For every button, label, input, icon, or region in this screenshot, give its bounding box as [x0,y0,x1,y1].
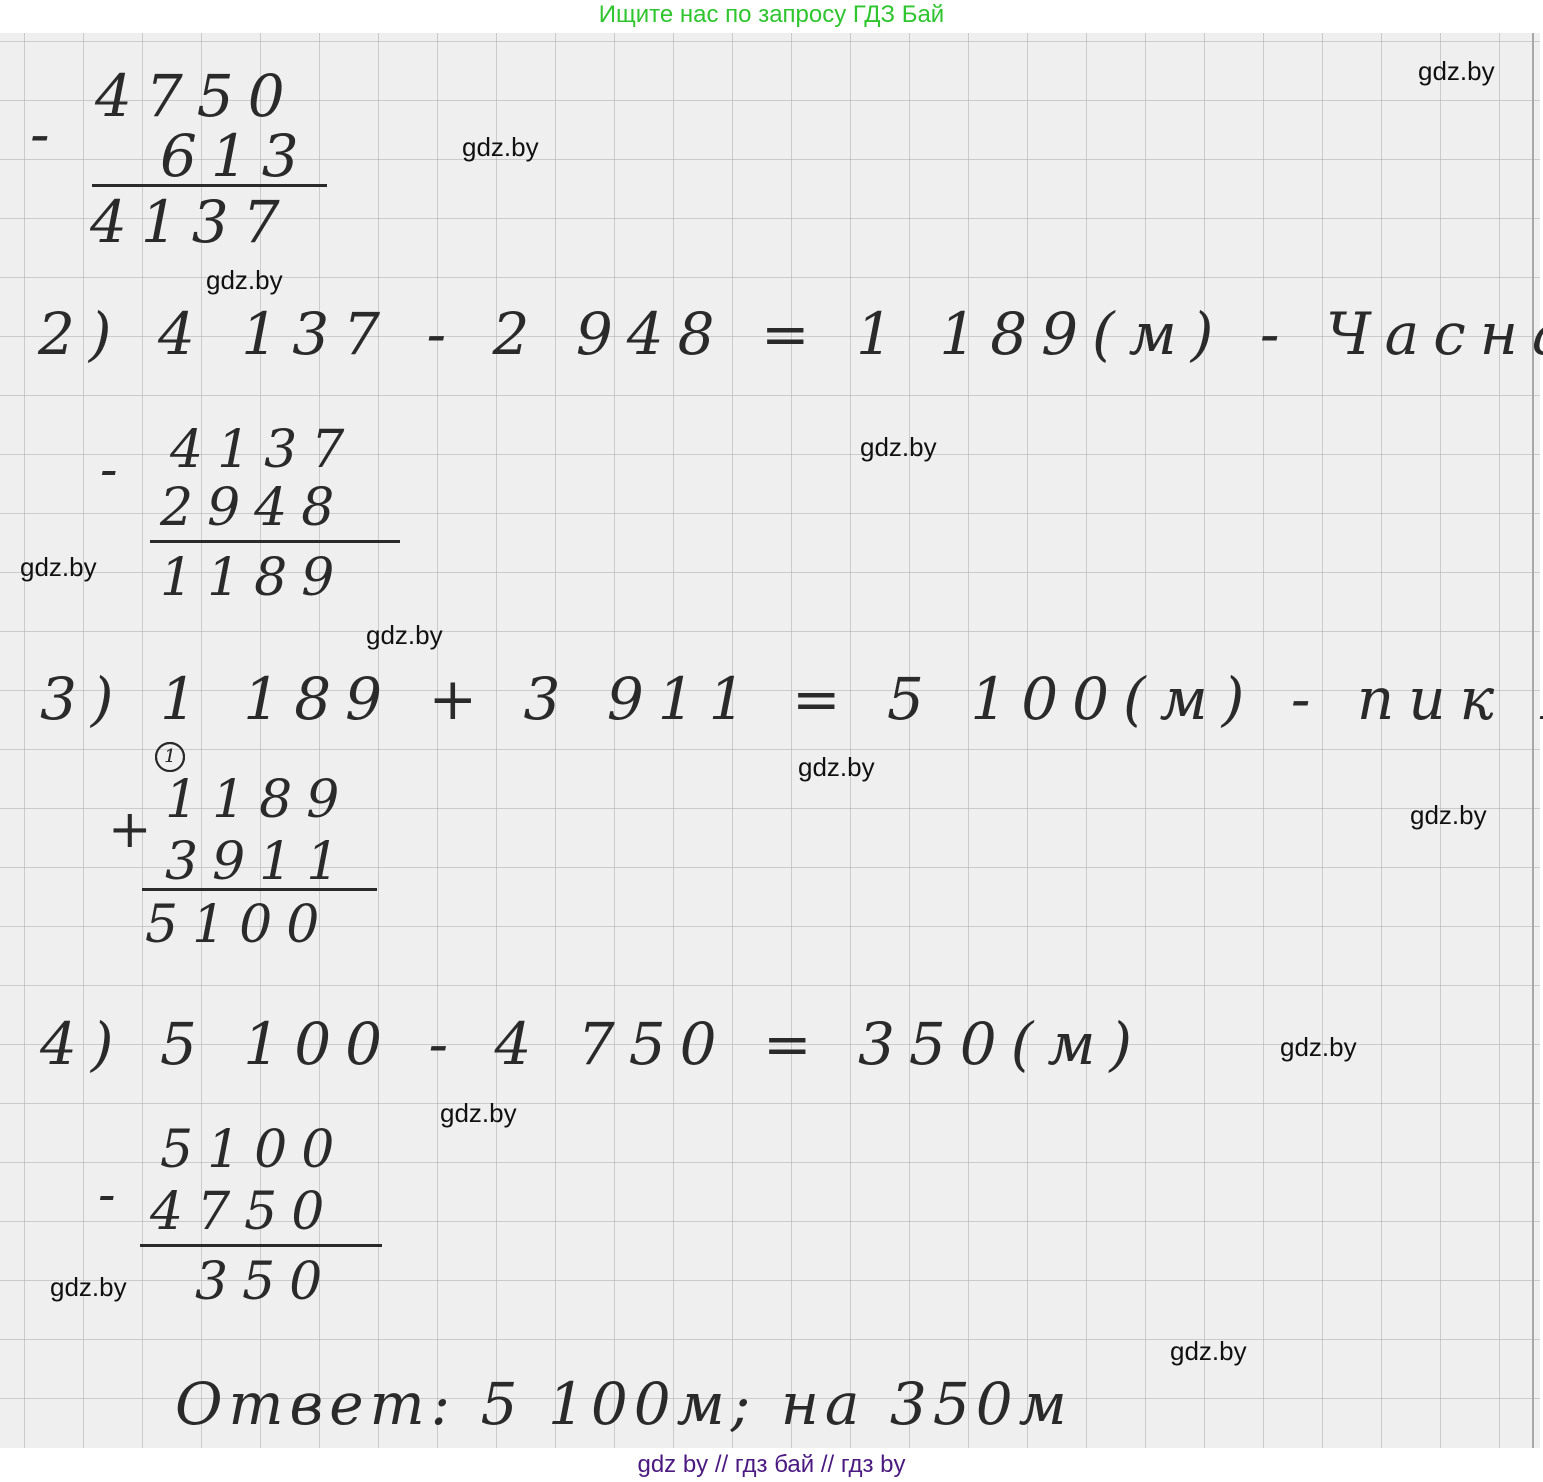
answer: Ответ: 5 100м; на 350м [175,1370,1073,1438]
calc1-operator: - [30,100,64,168]
watermark: gdz.by [20,552,97,583]
step4-operator: - [98,1165,130,1225]
step4-minuend: 5100 [160,1120,348,1180]
step2-rule [150,540,400,543]
carry: 1 [155,742,185,772]
watermark: gdz.by [366,620,443,651]
watermark: gdz.by [1170,1336,1247,1367]
calc1-minuend: 4750 [95,62,299,130]
step4-subtrahend: 4750 [150,1182,338,1242]
watermark: gdz.by [440,1098,517,1129]
step4-expression: 4) 5 100 - 4 750 = 350(м) [40,1010,1146,1078]
step3-operator: + [108,800,166,860]
watermark: gdz.by [1418,56,1495,87]
step3-result: 5100 [145,895,333,955]
watermark: gdz.by [1280,1032,1357,1063]
step2-subtrahend: 2948 [160,478,348,538]
step2-expression: 2) 4 137 - 2 948 = 1 189(м) - Часначорр [38,300,1488,368]
watermark: gdz.by [798,752,875,783]
watermark: gdz.by [206,265,283,296]
calc1-result: 4137 [90,188,294,256]
step3-expression: 3) 1 189 + 3 911 = 5 100(м) - пик Пушкин… [40,665,1530,733]
step3-addend1: 1189 [165,770,353,830]
bottom-banner: gdz by // гдз бай // гдз by [0,1448,1543,1482]
margin-line [1532,33,1534,1448]
top-banner: Ищите нас по запросу ГДЗ Бай [0,0,1543,33]
step2-operator: - [100,440,132,500]
watermark: gdz.by [50,1272,127,1303]
watermark: gdz.by [860,432,937,463]
step2-result: 1189 [160,548,348,608]
step3-rule [142,888,377,891]
step4-result: 350 [195,1252,336,1312]
calc1-rule [92,184,327,187]
watermark: gdz.by [462,132,539,163]
step4-rule [140,1244,382,1247]
step3-addend2: 3911 [165,832,353,892]
calc1-subtrahend: 613 [160,122,313,190]
step2-minuend: 4137 [170,420,358,480]
watermark: gdz.by [1410,800,1487,831]
